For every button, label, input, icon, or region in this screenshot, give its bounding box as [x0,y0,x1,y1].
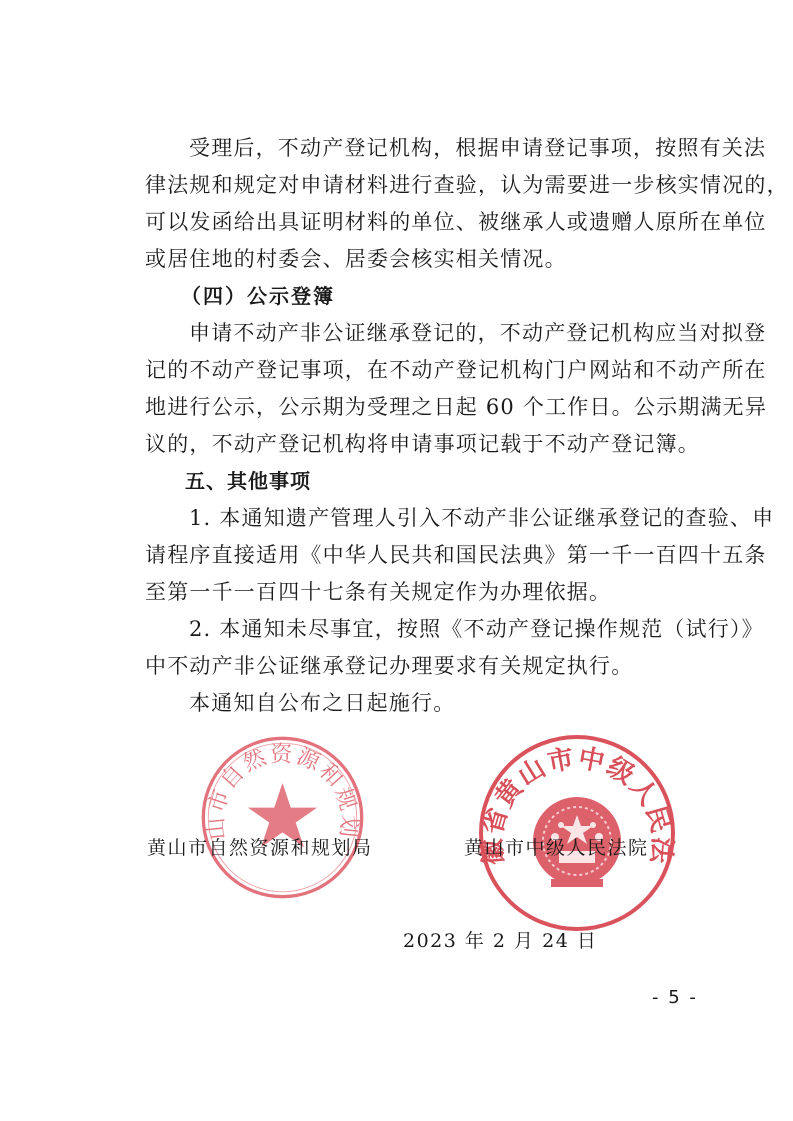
document-body: 受理后，不动产登记机构，根据申请登记事项，按照有关法 律法规和规定对申请材料进行… [145,130,710,722]
text-line: 请程序直接适用《中华人民共和国民法典》第一千一百四十五条 [145,537,710,574]
text-line: 可以发函给出具证明材料的单位、被继承人或遗赠人原所在单位 [145,204,710,241]
text-line: 中不动产非公证继承登记办理要求有关规定执行。 [145,648,710,685]
text-line: 2. 本通知未尽事宜，按照《不动产登记操作规范（试行）》 [145,611,710,648]
signature-intermediate-court: 黄山市中级人民法院 [464,833,649,860]
text-line: 地进行公示，公示期为受理之日起 60 个工作日。公示期满无异 [145,389,710,426]
signature-natural-resources-bureau: 黄山市自然资源和规划局 [147,833,373,860]
text-line: 受理后，不动产登记机构，根据申请登记事项，按照有关法 [145,130,710,167]
text-line: 律法规和规定对申请材料进行查验，认为需要进一步核实情况的， [145,167,710,204]
text-line: 申请不动产非公证继承登记的，不动产登记机构应当对拟登 [145,315,710,352]
paragraph-item-2: 2. 本通知未尽事宜，按照《不动产登记操作规范（试行）》 中不动产非公证继承登记… [145,611,710,685]
text-line: 或居住地的村委会、居委会核实相关情况。 [145,241,710,278]
paragraph-item-1: 1. 本通知遗产管理人引入不动产非公证继承登记的查验、申 请程序直接适用《中华人… [145,500,710,611]
document-page: 受理后，不动产登记机构，根据申请登记事项，按照有关法 律法规和规定对申请材料进行… [0,0,793,1121]
paragraph-publicity: 申请不动产非公证继承登记的，不动产登记机构应当对拟登 记的不动产登记事项，在不动… [145,315,710,463]
seal-natural-resources-bureau: 黄山市自然资源和规划局 [200,735,365,900]
paragraph-acceptance: 受理后，不动产登记机构，根据申请登记事项，按照有关法 律法规和规定对申请材料进行… [145,130,710,278]
page-number: - 5 - [652,987,698,1008]
section-heading-publicity: （四）公示登簿 [145,278,710,315]
svg-text:黄山市自然资源和规划局: 黄山市自然资源和规划局 [200,735,363,841]
section-heading-other-matters: 五、其他事项 [145,463,710,500]
text-line: 记的不动产登记事项，在不动产登记机构门户网站和不动产所在 [145,352,710,389]
paragraph-effective-date: 本通知自公布之日起施行。 [145,685,710,722]
text-line: 1. 本通知遗产管理人引入不动产非公证继承登记的查验、申 [145,500,710,537]
issue-date: 2023 年 2 月 24 日 [403,926,597,953]
text-line: 议的，不动产登记机构将申请事项记载于不动产登记簿。 [145,426,710,463]
seal-star-icon: 黄山市自然资源和规划局 [200,735,365,900]
text-line: 至第一千一百四十七条有关规定作为办理依据。 [145,574,710,611]
